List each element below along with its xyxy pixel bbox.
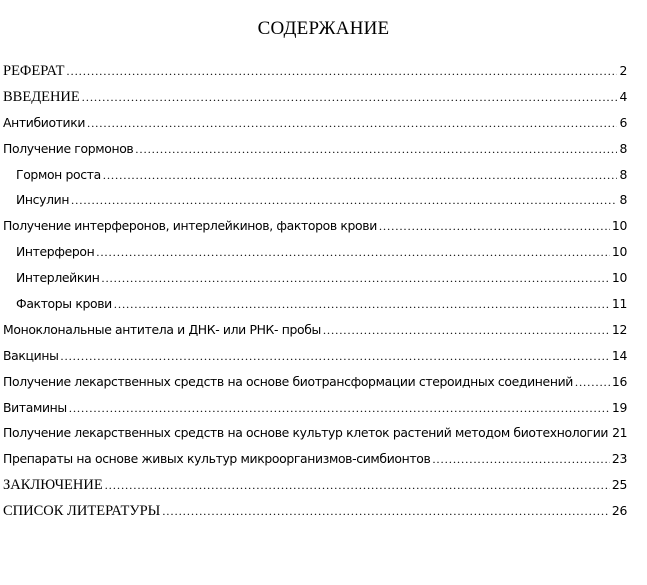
toc-entry[interactable]: Интерферон10 — [3, 242, 627, 268]
toc-entry-label: Получение интерферонов, интерлейкинов, ф… — [3, 216, 377, 236]
toc-entry-label: Интерлейкин — [16, 268, 99, 288]
toc-entry-page-number: 26 — [612, 501, 627, 521]
toc-entry[interactable]: Интерлейкин10 — [3, 268, 627, 294]
dot-leader — [575, 372, 610, 392]
toc-entry[interactable]: РЕФЕРАТ2 — [3, 61, 627, 87]
toc-entry-page-number: 6 — [619, 113, 627, 133]
toc-entry-page-number: 8 — [619, 165, 627, 185]
toc-entry-page-number: 19 — [612, 398, 627, 418]
toc-entry[interactable]: Препараты на основе живых культур микроо… — [3, 449, 627, 475]
toc-entry-label: Получение лекарственных средств на основ… — [3, 372, 573, 392]
toc-entry-label: Вакцины — [3, 346, 59, 366]
toc-entry-label: РЕФЕРАТ — [3, 61, 65, 81]
toc-entry-page-number: 21 — [612, 423, 627, 443]
toc-entry-label: Витамины — [3, 398, 67, 418]
toc-entry[interactable]: Инсулин8 — [3, 190, 627, 216]
toc-entry-label: ЗАКЛЮЧЕНИЕ — [3, 475, 103, 495]
toc-entry[interactable]: Гормон роста8 — [3, 165, 627, 191]
toc-entry-label: Антибиотики — [3, 113, 85, 133]
dot-leader — [323, 320, 610, 340]
toc-entry-page-number: 10 — [612, 216, 627, 236]
dot-leader — [69, 398, 610, 418]
toc-entry[interactable]: Антибиотики6 — [3, 113, 627, 139]
toc-entry[interactable]: Получение лекарственных средств на основ… — [3, 372, 627, 398]
toc-entry-page-number: 4 — [619, 87, 627, 107]
page-title: СОДЕРЖАНИЕ — [0, 18, 647, 40]
toc-entry[interactable]: ЗАКЛЮЧЕНИЕ25 — [3, 475, 627, 501]
toc-entry-label: ВВЕДЕНИЕ — [3, 87, 80, 107]
dot-leader — [87, 113, 617, 133]
toc-entry-label: СПИСОК ЛИТЕРАТУРЫ — [3, 501, 160, 521]
toc-entry[interactable]: СПИСОК ЛИТЕРАТУРЫ26 — [3, 501, 627, 527]
toc-entry-label: Препараты на основе живых культур микроо… — [3, 449, 430, 469]
toc-entry-page-number: 23 — [612, 449, 627, 469]
toc-entry-page-number: 25 — [612, 475, 627, 495]
dot-leader — [432, 449, 609, 469]
dot-leader — [61, 346, 610, 366]
toc-entry[interactable]: Получение гормонов8 — [3, 139, 627, 165]
toc-entry-page-number: 14 — [612, 346, 627, 366]
dot-leader — [379, 216, 610, 236]
toc-entry-page-number: 10 — [612, 242, 627, 262]
toc-entry-page-number: 16 — [612, 372, 627, 392]
toc-entry[interactable]: Получение интерферонов, интерлейкинов, ф… — [3, 216, 627, 242]
toc-entry[interactable]: Вакцины14 — [3, 346, 627, 372]
toc-entry-label: Получение лекарственных средств на основ… — [3, 423, 608, 443]
toc-entry-label: Моноклональные антитела и ДНК- или РНК- … — [3, 320, 321, 340]
toc-entry-label: Гормон роста — [16, 165, 101, 185]
toc-entry-page-number: 12 — [612, 320, 627, 340]
dot-leader — [103, 165, 618, 185]
dot-leader — [162, 501, 610, 521]
table-of-contents: РЕФЕРАТ2ВВЕДЕНИЕ4Антибиотики6Получение г… — [3, 61, 627, 527]
toc-entry[interactable]: Получение лекарственных средств на основ… — [3, 423, 627, 449]
toc-entry-page-number: 10 — [612, 268, 627, 288]
toc-entry-label: Инсулин — [16, 190, 69, 210]
dot-leader — [114, 294, 610, 314]
toc-entry-label: Получение гормонов — [3, 139, 133, 159]
dot-leader — [82, 87, 618, 107]
toc-entry[interactable]: ВВЕДЕНИЕ4 — [3, 87, 627, 113]
toc-entry[interactable]: Факторы крови11 — [3, 294, 627, 320]
dot-leader — [101, 268, 609, 288]
dot-leader — [67, 61, 618, 81]
dot-leader — [135, 139, 617, 159]
toc-entry-label: Факторы крови — [16, 294, 112, 314]
toc-entry[interactable]: Витамины19 — [3, 398, 627, 424]
toc-entry-page-number: 11 — [612, 294, 627, 314]
toc-entry-label: Интерферон — [16, 242, 94, 262]
dot-leader — [105, 475, 610, 495]
toc-entry-page-number: 8 — [619, 190, 627, 210]
dot-leader — [96, 242, 610, 262]
toc-entry-page-number: 2 — [619, 61, 627, 81]
dot-leader — [71, 190, 617, 210]
toc-entry-page-number: 8 — [619, 139, 627, 159]
toc-entry[interactable]: Моноклональные антитела и ДНК- или РНК- … — [3, 320, 627, 346]
